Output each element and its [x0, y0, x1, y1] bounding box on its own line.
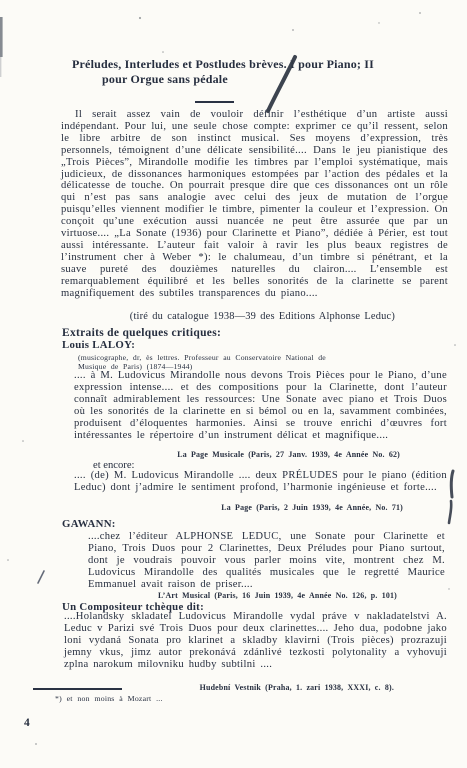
title-line-2: pour Orgue sans pédale — [102, 72, 374, 87]
attribution-la-page-musicale: La Page Musicale (Paris, 27 Janv. 1939, … — [177, 450, 400, 459]
margin-pen-stroke-upper — [451, 471, 453, 497]
critic-quote-gawann: ....chez l’éditeur ALPHONSE LEDUC, une S… — [88, 531, 445, 591]
scan-edge-artifact — [0, 17, 3, 57]
title-line-1: Préludes, Interludes et Postludes brèves… — [72, 57, 374, 71]
intro-paragraph: Il serait assez vain de vouloir définir … — [61, 109, 448, 300]
title-underline — [195, 101, 234, 103]
critic-name-gawann: GAWANN: — [62, 518, 116, 530]
scanned-document-page: Préludes, Interludes et Postludes brèves… — [0, 0, 467, 768]
scan-edge-artifact-faint — [0, 57, 1, 77]
extracts-heading: Extraits de quelques critiques: — [62, 327, 221, 339]
footnote-rule — [33, 688, 122, 690]
margin-pen-stroke-lower — [449, 501, 451, 523]
critic-credentials-laloy: (musicographe, dr, ès lettres. Professeu… — [78, 353, 340, 372]
document-title: Préludes, Interludes et Postludes brèves… — [72, 57, 374, 86]
page-number: 4 — [24, 717, 30, 729]
critic-quote-preludes: .... (de) M. Ludovicus Mirandolle .... d… — [74, 470, 447, 494]
margin-tick-mark — [38, 571, 44, 583]
critic-quote-laloy: .... à M. Ludovicus Mirandolle nous devo… — [74, 370, 447, 441]
catalog-credit: (tiré du catalogue 1938—39 des Editions … — [130, 311, 395, 322]
attribution-art-musical: L’Art Musical (Paris, 16 Juin 1939, 4e A… — [158, 591, 397, 600]
attribution-la-page: La Page (Paris, 2 Juin 1939, 4e Année, N… — [221, 503, 403, 512]
critic-name-laloy: Louis LALOY: — [62, 339, 135, 351]
footnote-text: *) et non moins à Mozart ... — [55, 694, 163, 703]
critic-quote-czech: ....Holandsky skladatel Ludovicus Mirand… — [64, 611, 447, 671]
attribution-hudebni-vestnik: Hudební Vestnik (Praha, 1. zari 1938, XX… — [200, 683, 394, 692]
